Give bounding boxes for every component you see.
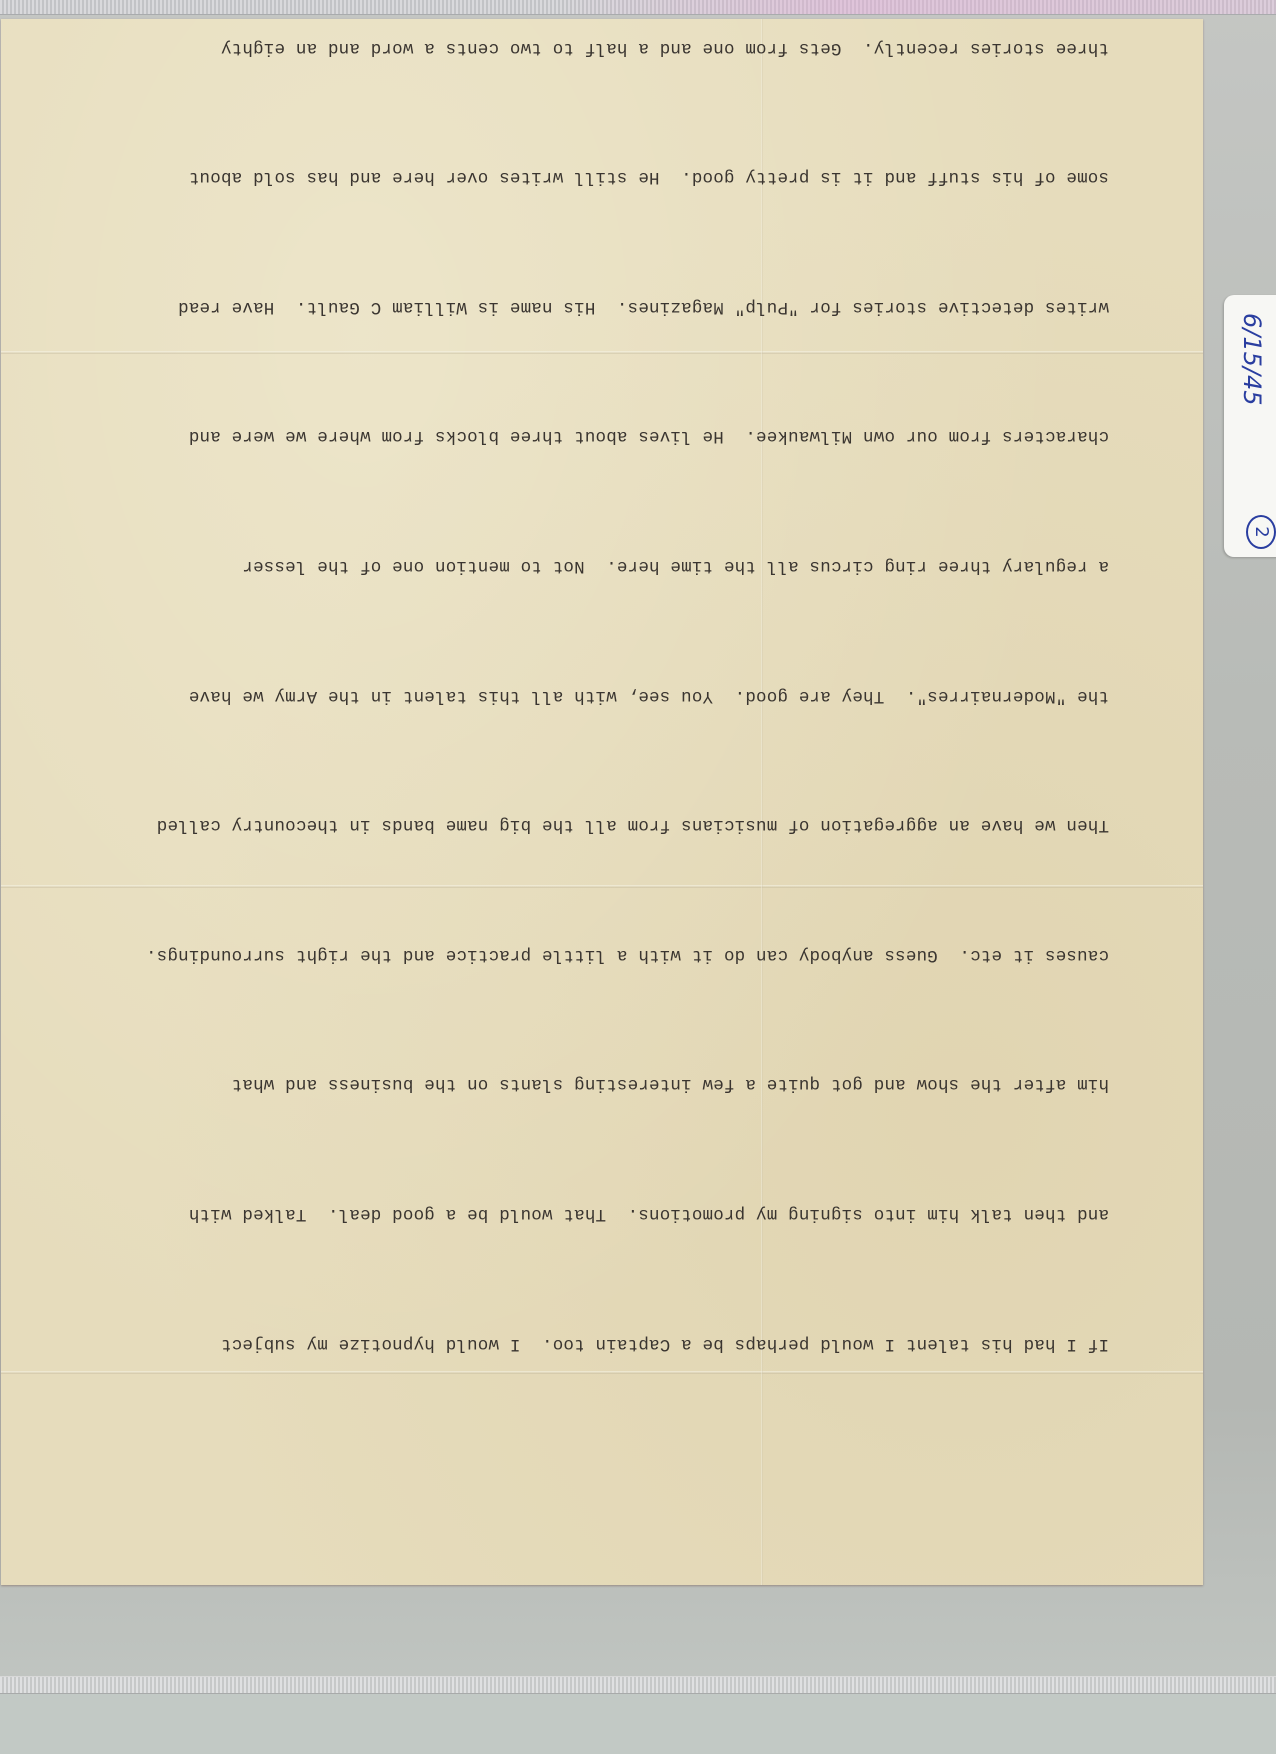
letter-line: characters from our own Milwaukee. He li… <box>29 414 1109 457</box>
circled-page-number: 2 <box>1246 515 1276 549</box>
letter-line: If I had his talent I would perhaps be a… <box>29 1321 1109 1364</box>
letter-line: a regulary three ring circus all the tim… <box>29 544 1109 587</box>
letter-content-rotated: If I had his talent I would perhaps be a… <box>1 19 1203 1585</box>
letter-line: three stories recently. Gets from one an… <box>29 25 1109 68</box>
letter-line: writes detective stories for "Pulp" Maga… <box>29 285 1109 328</box>
sleeve-lower-strip <box>0 1694 1276 1754</box>
letter-line: Then we have an aggregation of musicians… <box>29 803 1109 846</box>
letter-page: If I had his talent I would perhaps be a… <box>1 19 1203 1585</box>
letter-line: him after the show and got quite a few i… <box>29 1062 1109 1105</box>
letter-line: some of his stuff and it is pretty good.… <box>29 155 1109 198</box>
page-index-tab: 6/15/45 2 <box>1224 295 1276 557</box>
plastic-sleeve: If I had his talent I would perhaps be a… <box>0 0 1276 1754</box>
letter-line: causes it etc. Guess anybody can do it w… <box>29 933 1109 976</box>
letter-body: If I had his talent I would perhaps be a… <box>29 0 1109 1451</box>
letter-line: the "Modernairres". They are good. You s… <box>29 673 1109 716</box>
letter-line: and then talk him into signing my promot… <box>29 1192 1109 1235</box>
sleeve-bottom-seam <box>0 1676 1276 1694</box>
handwritten-date: 6/15/45 <box>1238 313 1266 406</box>
